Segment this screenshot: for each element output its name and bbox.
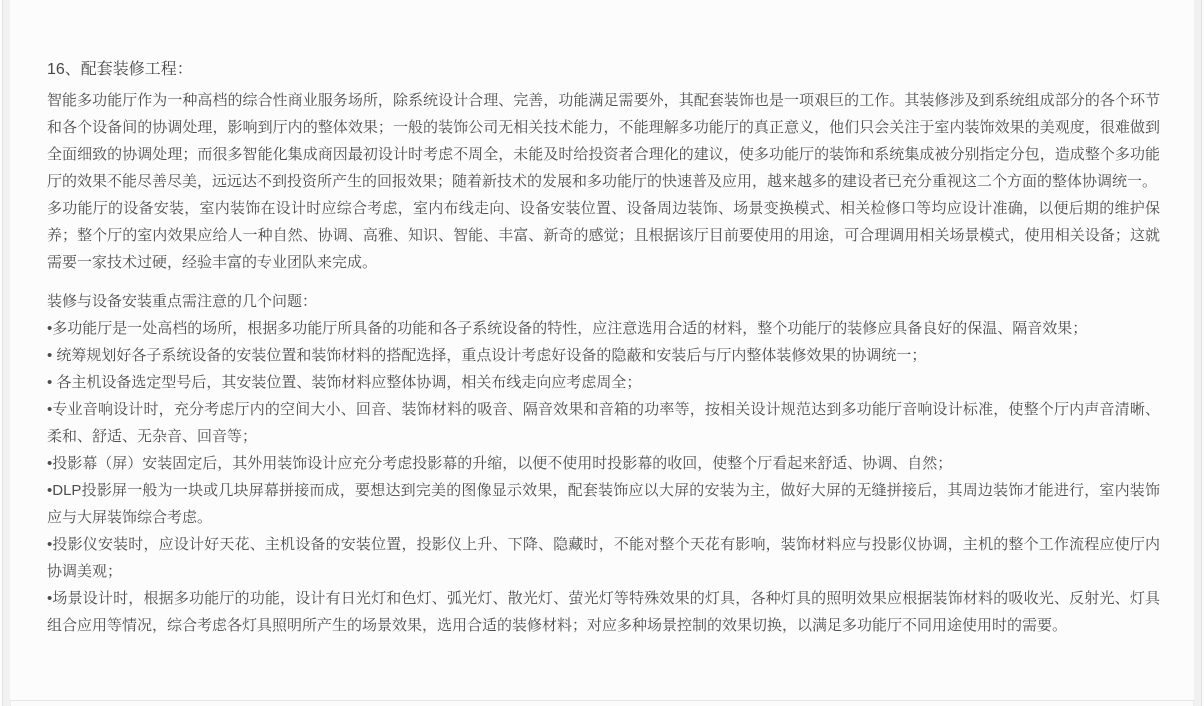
page-title: 16、配套装修工程： [47,57,1160,82]
list-item: • 统筹规划好各子系统设备的安装位置和装饰材料的搭配选择，重点设计考虑好设备的隐… [47,342,1160,369]
page-right-margin [1193,0,1202,706]
document-content: 16、配套装修工程： 智能多功能厅作为一种高档的综合性商业服务场所，除系统设计合… [10,0,1194,639]
intro-paragraph-1: 智能多功能厅作为一种高档的综合性商业服务场所，除系统设计合理、完善，功能满足需要… [47,87,1160,195]
list-item: •投影幕（屏）安装固定后，其外用装饰设计应充分考虑投影幕的升缩，以便不使用时投影… [47,450,1160,477]
bullet-list: •多功能厅是一处高档的场所，根据多功能厅所具备的功能和各子系统设备的特性，应注意… [47,315,1160,639]
intro-paragraph-2: 多功能厅的设备安装，室内装饰在设计时应综合考虑，室内布线走向、设备安装位置、设备… [47,195,1160,276]
list-item: •多功能厅是一处高档的场所，根据多功能厅所具备的功能和各子系统设备的特性，应注意… [47,315,1160,342]
list-item: •DLP投影屏一般为一块或几块屏幕拼接而成，要想达到完美的图像显示效果，配套装饰… [47,477,1160,531]
list-item: •场景设计时，根据多功能厅的功能，设计有日光灯和色灯、弧光灯、散光灯、萤光灯等特… [47,585,1160,639]
list-item: •专业音响设计时，充分考虑厅内的空间大小、回音、装饰材料的吸音、隔音效果和音箱的… [47,396,1160,450]
document-viewer: 16、配套装修工程： 智能多功能厅作为一种高档的综合性商业服务场所，除系统设计合… [0,0,1204,706]
list-item: • 各主机设备选定型号后，其安装位置、装饰材料应整体协调，相关布线走向应考虑周全… [47,369,1160,396]
document-page: 16、配套装修工程： 智能多功能厅作为一种高档的综合性商业服务场所，除系统设计合… [10,0,1194,701]
list-item: •投影仪安装时，应设计好天花、主机设备的安装位置，投影仪上升、下降、隐藏时，不能… [47,531,1160,585]
section-heading: 装修与设备安装重点需注意的几个问题： [47,288,1160,315]
